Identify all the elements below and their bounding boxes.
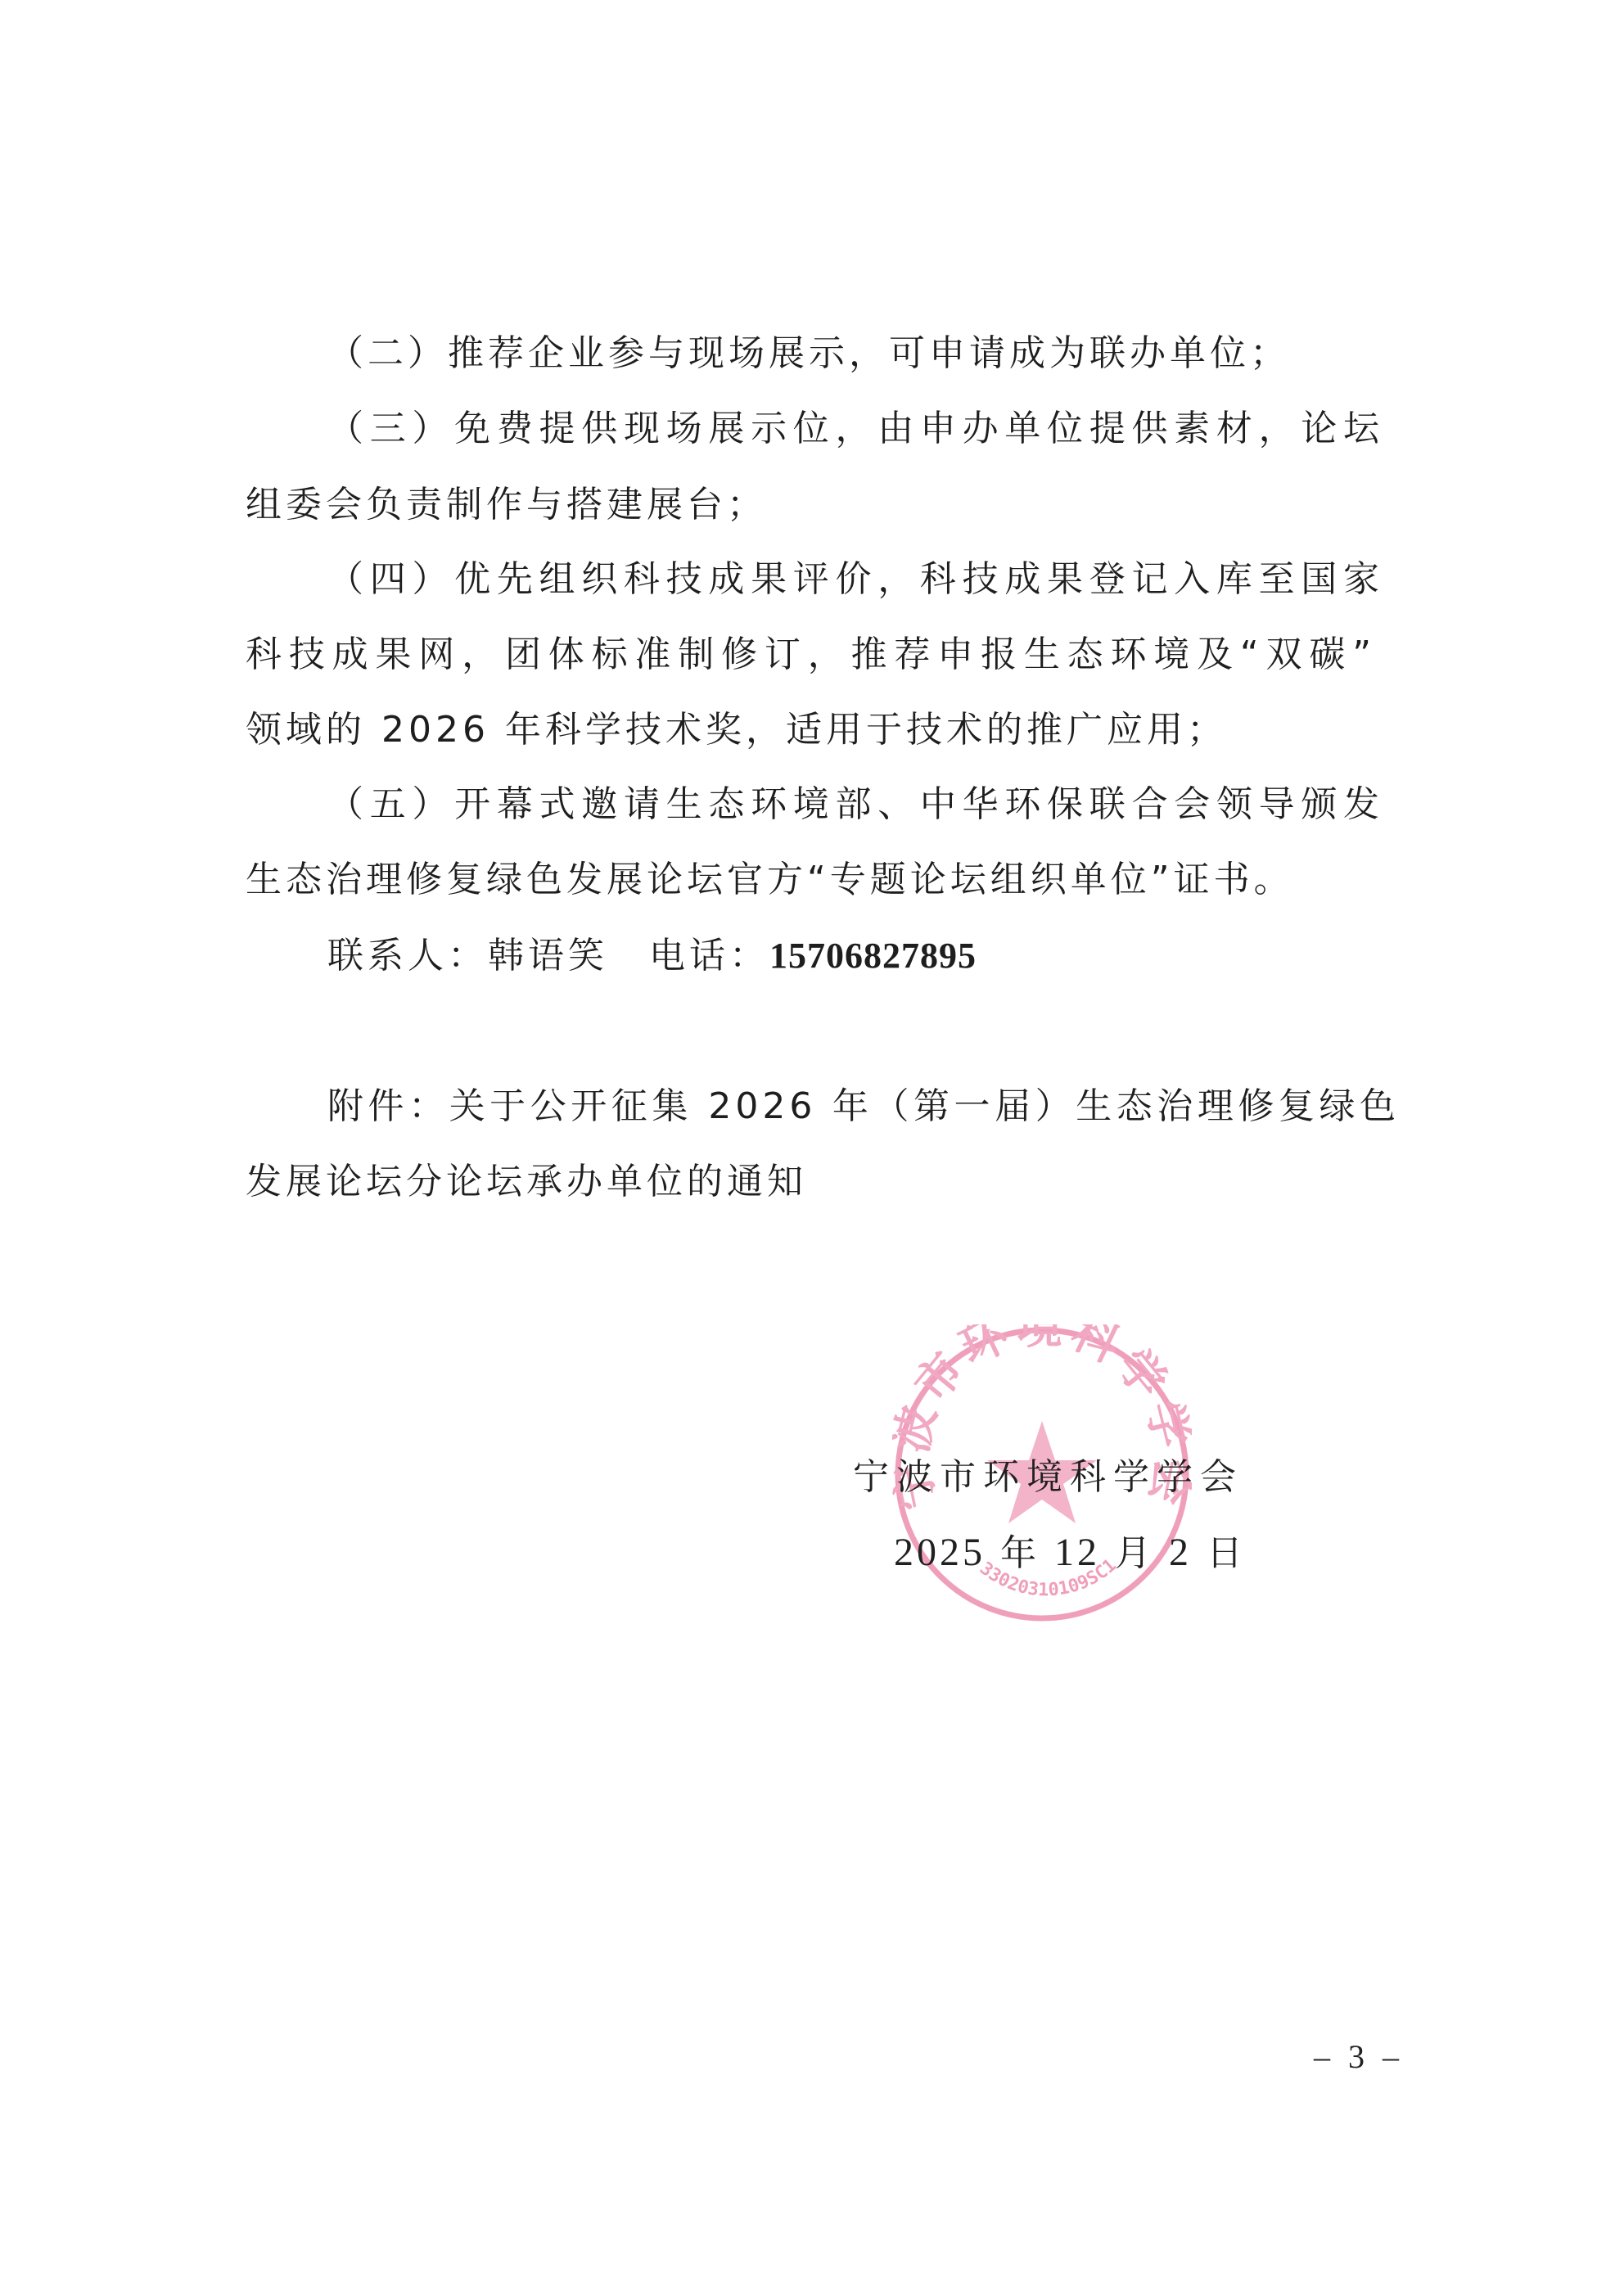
item-4-line-2: 科技成果网，团体标准制修订，推荐申报生态环境及“双碳”: [246, 630, 1375, 679]
date-month-unit: 月: [1115, 1532, 1154, 1574]
item-5-line-1: （五）开幕式邀请生态环境部、中华环保联合会领导颁发: [327, 780, 1383, 829]
date-day-unit: 日: [1207, 1532, 1246, 1574]
date-day: 2: [1169, 1531, 1192, 1574]
contact-label: 联系人：: [327, 935, 488, 977]
signing-date: 2025 年 12 月 2 日: [894, 1528, 1246, 1578]
item-3-line-2: 组委会负责制作与搭建展台；: [246, 480, 1375, 530]
date-month: 12: [1054, 1531, 1100, 1574]
item-3-line-1: （三）免费提供现场展示位，由申办单位提供素材，论坛: [327, 404, 1383, 453]
item-4-line-3: 领域的 2026 年科学技术奖，适用于技术的推广应用；: [246, 706, 1375, 755]
document-page: （二）推荐企业参与现场展示，可申请成为联办单位； （三）免费提供现场展示位，由申…: [0, 0, 1624, 2296]
item-4-line-1: （四）优先组织科技成果评价，科技成果登记入库至国家: [327, 555, 1383, 604]
phone-number: 15706827895: [769, 936, 977, 976]
attachment-line-1: 附件：关于公开征集 2026 年（第一届）生态治理修复绿色: [327, 1082, 1400, 1131]
signing-organization: 宁波市环境科学学会: [853, 1453, 1243, 1502]
date-year: 2025: [894, 1531, 986, 1574]
item-2-line-1: （二）推荐企业参与现场展示，可申请成为联办单位；: [327, 329, 1383, 378]
date-year-unit: 年: [1000, 1532, 1040, 1574]
phone-label: 电话：: [649, 935, 769, 977]
item-5-line-2: 生态治理修复绿色发展论坛官方“专题论坛组织单位”证书。: [246, 855, 1375, 904]
attachment-line-2: 发展论坛分论坛承办单位的通知: [246, 1157, 1375, 1207]
page-number: – 3 –: [1314, 2037, 1404, 2077]
contact-name: 韩语笑: [488, 935, 608, 977]
contact-line: 联系人：韩语笑电话：15706827895: [327, 931, 1383, 981]
